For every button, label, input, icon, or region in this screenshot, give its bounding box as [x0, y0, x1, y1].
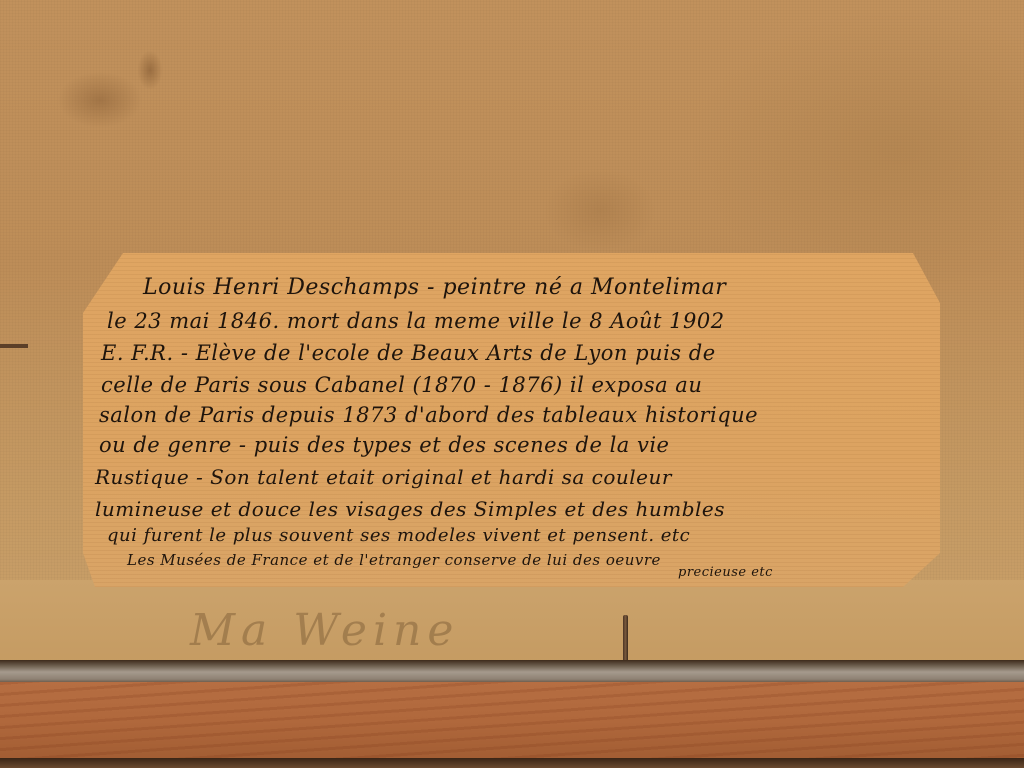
handwritten-label: Louis Henri Deschamps - peintre né a Mon…: [83, 253, 940, 587]
label-line: Rustique - Son talent etait original et …: [95, 465, 672, 489]
label-line: lumineuse et douce les visages des Simpl…: [95, 497, 725, 521]
frame-gap: [0, 660, 1024, 684]
label-line: precieuse etc: [678, 565, 773, 580]
label-line: ou de genre - puis des types et des scen…: [99, 433, 669, 457]
label-line: qui furent le plus souvent ses modeles v…: [107, 525, 690, 546]
label-line: Louis Henri Deschamps - peintre né a Mon…: [143, 275, 726, 300]
scratched-inscription: Ma Weine: [190, 605, 459, 656]
label-line: E. F.R. - Elève de l'ecole de Beaux Arts…: [101, 341, 716, 365]
label-line: Les Musées de France et de l'etranger co…: [127, 551, 661, 569]
label-text: Louis Henri Deschamps - peintre né a Mon…: [83, 253, 940, 587]
frame-edge: [0, 758, 1024, 768]
frame-rail: [0, 682, 1024, 760]
label-line: celle de Paris sous Cabanel (1870 - 1876…: [101, 373, 702, 397]
pin: [0, 344, 28, 348]
label-line: salon de Paris depuis 1873 d'abord des t…: [99, 403, 758, 427]
label-line: le 23 mai 1846. mort dans la meme ville …: [107, 309, 725, 333]
stretcher-bar: [0, 580, 1024, 665]
